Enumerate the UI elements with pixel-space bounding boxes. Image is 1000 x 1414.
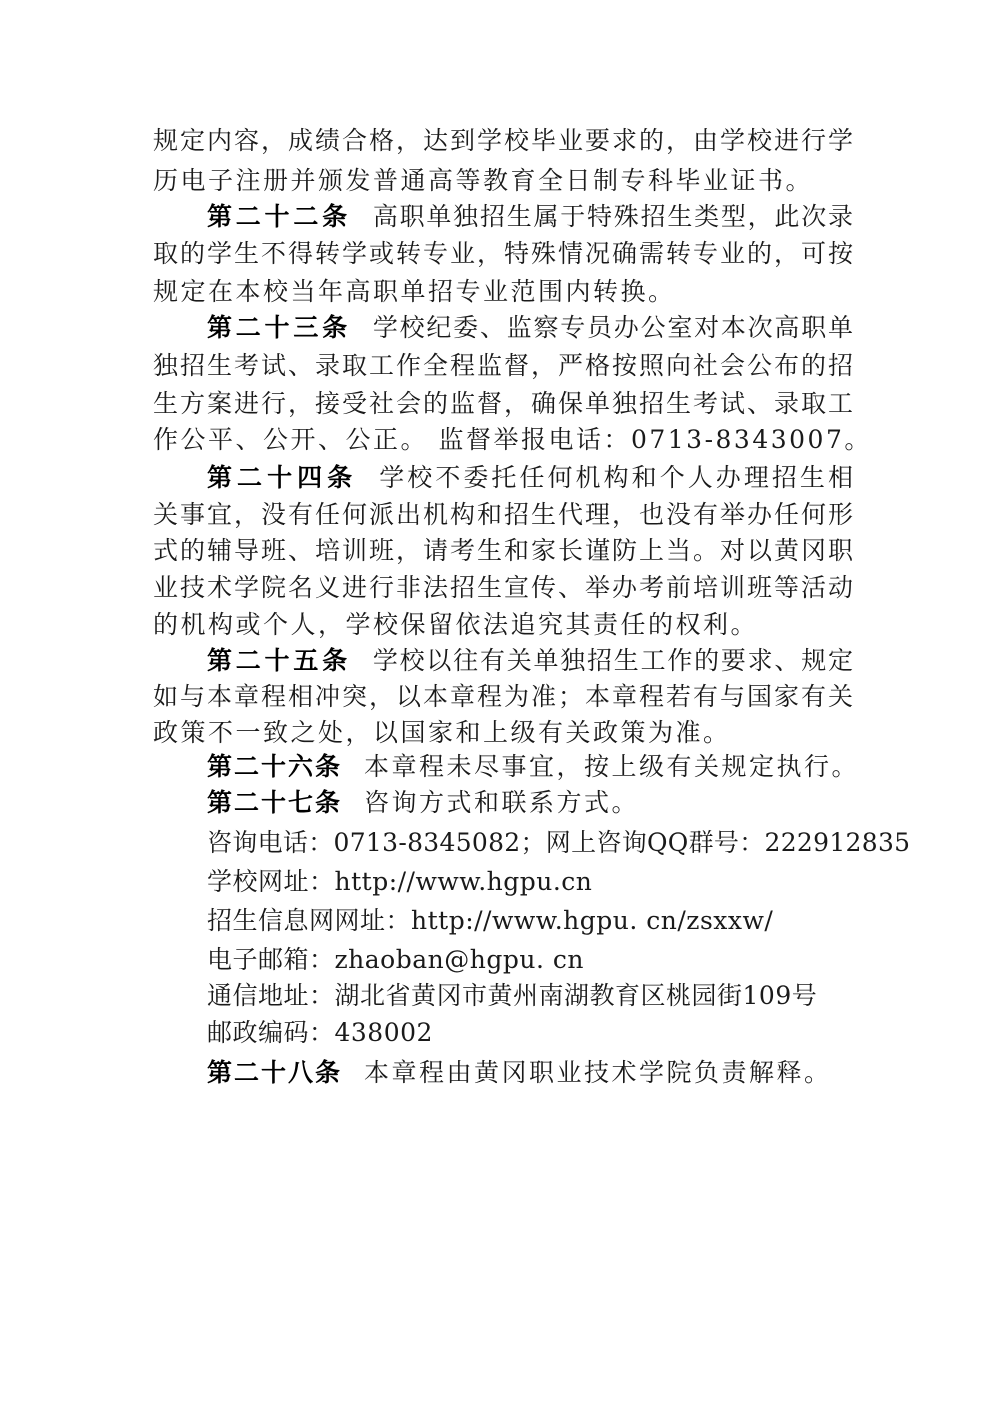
paragraph-line: 政策不一致之处，以国家和上级有关政策为准。 [153, 716, 853, 750]
article-27-line: 第二十七条咨询方式和联系方式。 [207, 786, 853, 820]
article-22-line: 第二十二条高职单独招生属于特殊招生类型，此次录 [207, 200, 853, 234]
article-25-line: 第二十五条学校以往有关单独招生工作的要求、规定 [207, 644, 853, 678]
article-text: 本章程由黄冈职业技术学院负责解释。 [364, 1058, 832, 1087]
postal-code-line: 邮政编码：438002 [207, 1016, 853, 1050]
paragraph-line: 规定内容，成绩合格，达到学校毕业要求的，由学校进行学 [153, 124, 853, 158]
article-number: 第二十四条 [207, 463, 357, 492]
paragraph-line: 业技术学院名义进行非法招生宣传、举办考前培训班等活动 [153, 571, 853, 605]
school-website-line: 学校网址：http://www.hgpu.cn [207, 865, 853, 899]
email-line: 电子邮箱：zhaoban@hgpu. cn [207, 943, 853, 977]
paragraph-line: 生方案进行，接受社会的监督，确保单独招生考试、录取工 [153, 387, 853, 421]
article-number: 第二十八条 [207, 1058, 342, 1087]
contact-phone-line: 咨询电话：0713-8345082；网上咨询QQ群号：222912835 [207, 826, 853, 860]
paragraph-line: 关事宜，没有任何派出机构和招生代理，也没有举办任何形 [153, 498, 853, 532]
article-28-line: 第二十八条本章程由黄冈职业技术学院负责解释。 [207, 1056, 853, 1090]
article-text: 本章程未尽事宜，按上级有关规定执行。 [364, 752, 859, 781]
article-text: 高职单独招生属于特殊招生类型，此次录 [373, 202, 853, 231]
document-page: 规定内容，成绩合格，达到学校毕业要求的，由学校进行学 历电子注册并颁发普通高等教… [0, 0, 1000, 1414]
article-number: 第二十六条 [207, 752, 342, 781]
paragraph-line: 规定在本校当年高职单招专业范围内转换。 [153, 275, 853, 309]
paragraph-line: 如与本章程相冲突，以本章程为准；本章程若有与国家有关 [153, 680, 853, 714]
article-23-line: 第二十三条学校纪委、监察专员办公室对本次高职单 [207, 311, 853, 345]
paragraph-line: 式的辅导班、培训班，请考生和家长谨防上当。对以黄冈职 [153, 534, 853, 568]
article-number: 第二十二条 [207, 202, 351, 231]
article-text: 咨询方式和联系方式。 [364, 788, 639, 817]
article-text: 学校不委托任何机构和个人办理招生相 [379, 463, 853, 492]
paragraph-line: 历电子注册并颁发普通高等教育全日制专科毕业证书。 [153, 164, 853, 198]
paragraph-line: 作公平、公开、公正。 监督举报电话：0713-8343007。 [153, 423, 853, 457]
admission-website-line: 招生信息网网址：http://www.hgpu. cn/zsxxw/ [207, 904, 853, 938]
paragraph-line: 的机构或个人，学校保留依法追究其责任的权利。 [153, 608, 853, 642]
article-26-line: 第二十六条本章程未尽事宜，按上级有关规定执行。 [207, 750, 853, 784]
article-text: 学校纪委、监察专员办公室对本次高职单 [373, 313, 853, 342]
article-number: 第二十三条 [207, 313, 351, 342]
article-24-line: 第二十四条学校不委托任何机构和个人办理招生相 [207, 461, 853, 495]
paragraph-line: 取的学生不得转学或转专业，特殊情况确需转专业的，可按 [153, 237, 853, 271]
mailing-address-line: 通信地址：湖北省黄冈市黄州南湖教育区桃园街109号 [207, 979, 853, 1013]
article-number: 第二十七条 [207, 788, 342, 817]
article-number: 第二十五条 [207, 646, 351, 675]
article-text: 学校以往有关单独招生工作的要求、规定 [373, 646, 853, 675]
paragraph-line: 独招生考试、录取工作全程监督，严格按照向社会公布的招 [153, 349, 853, 383]
